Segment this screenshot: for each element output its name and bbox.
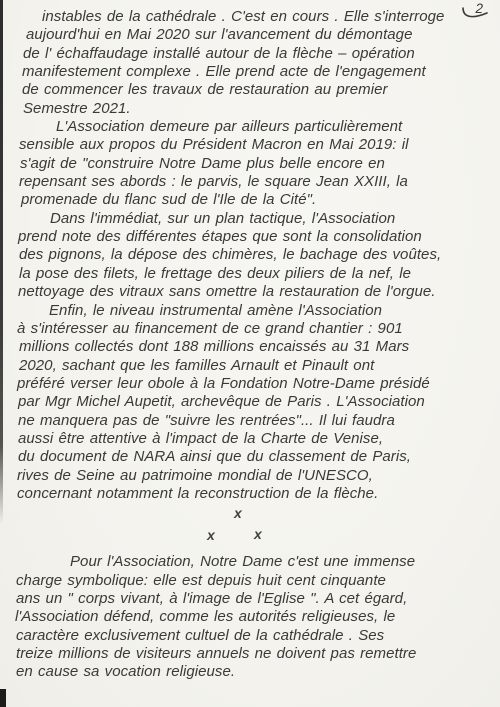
text-line: préféré verser leur obole à la Fondation… bbox=[17, 375, 500, 393]
section-separator: xxx bbox=[0, 503, 500, 553]
text-line: des pignons, la dépose des chimères, le … bbox=[19, 246, 500, 264]
x-mark: x bbox=[234, 505, 242, 521]
text-line: de commencer les travaux de restauration… bbox=[22, 81, 500, 99]
text-line: ne manquera pas de "suivre les rentrées"… bbox=[18, 412, 500, 430]
text-line: à s'intéresser au financement de ce gran… bbox=[17, 320, 500, 338]
x-mark: x bbox=[207, 527, 215, 543]
text-line: 2020, sachant que les familles Arnault e… bbox=[19, 357, 500, 375]
text-line: aussi être attentive à l'impact de la Ch… bbox=[18, 430, 500, 448]
text-line: manifestement complexe . Elle prend acte… bbox=[22, 63, 500, 81]
text-line: caractère exclusivement cultuel de la ca… bbox=[16, 627, 500, 645]
text-line: concernant notamment la reconstruction d… bbox=[17, 485, 500, 503]
text-line: repensant ses abords : le parvis, le squ… bbox=[19, 173, 500, 191]
text-line: l'Association défend, comme les autorité… bbox=[15, 608, 500, 626]
text-line: s'agit de "construire Notre Dame plus be… bbox=[20, 155, 500, 173]
text-line: aujourd'hui en Mai 2020 sur l'avancement… bbox=[26, 26, 500, 44]
text-line: Pour l'Association, Notre Dame c'est une… bbox=[70, 553, 500, 571]
text-line: sensible aux propos du Président Macron … bbox=[19, 136, 500, 154]
text-line: prend note des différentes étapes que so… bbox=[18, 228, 500, 246]
text-line: L'Association demeure par ailleurs parti… bbox=[56, 118, 500, 136]
text-line: rives de Seine au patrimoine mondial de … bbox=[17, 467, 500, 485]
scanned-document-page: 2 instables de la cathédrale . C'est en … bbox=[0, 0, 500, 707]
text-line: par Mgr Michel Aupetit, archevêque de Pa… bbox=[18, 393, 500, 411]
text-line: la pose des filets, le frettage des deux… bbox=[19, 265, 500, 283]
text-line: instables de la cathédrale . C'est en co… bbox=[42, 8, 500, 26]
x-mark: x bbox=[254, 526, 262, 542]
text-line: de l' échaffaudage installé autour de la… bbox=[23, 45, 500, 63]
text-line: en cause sa vocation religieuse. bbox=[16, 663, 500, 681]
text-line: millions collectés dont 188 millions enc… bbox=[19, 338, 500, 356]
text-line: promenade du flanc sud de l'Ile de la Ci… bbox=[21, 191, 500, 209]
scan-corner-mark bbox=[0, 689, 6, 707]
handwritten-text: instables de la cathédrale . C'est en co… bbox=[0, 8, 500, 682]
text-line: Semestre 2021. bbox=[23, 100, 500, 118]
text-line: charge symbolique: elle est depuis huit … bbox=[16, 572, 500, 590]
text-line: nettoyage des vitraux sans omettre la re… bbox=[18, 283, 500, 301]
text-line: ans un " corps vivant, à l'image de l'Eg… bbox=[16, 590, 500, 608]
text-line: du document de NARA ainsi que du classem… bbox=[18, 448, 500, 466]
text-line: Dans l'immédiat, sur un plan tactique, l… bbox=[50, 210, 500, 228]
text-line: treize millions de visiteurs annuels ne … bbox=[16, 645, 500, 663]
text-line: Enfin, le niveau instrumental amène l'As… bbox=[49, 302, 500, 320]
